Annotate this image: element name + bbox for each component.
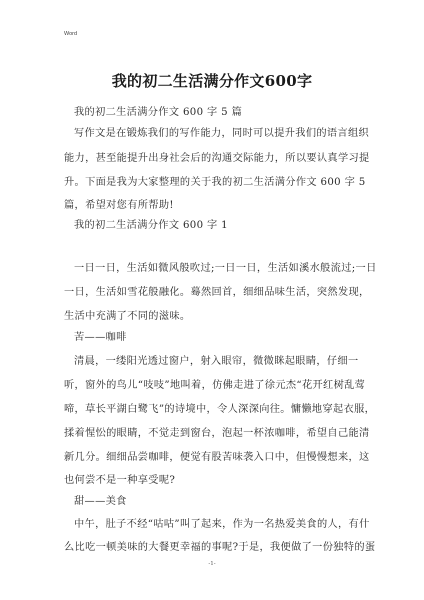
paragraph-line: 也何尝不是一种享受呢? <box>64 474 364 488</box>
paragraph-line: 一日，生活如雪花般融化。蓦然回首，细细品味生活，突然发现， <box>64 286 364 300</box>
paragraph-line: 能力，甚至能提升出身社会后的沟通交际能力，所以要认真学习提 <box>64 152 364 166</box>
section-heading: 我的初二生活满分作文 600 字 1 <box>74 219 374 233</box>
paragraph-line: 么比吃一顿美味的大餐更幸福的事呢?于是，我便做了一份独特的蛋 <box>64 541 364 555</box>
paragraph-line: 写作文是在锻炼我们的写作能力，同时可以提升我们的语言组织 <box>74 127 374 141</box>
header-app-label: Word <box>64 31 77 37</box>
document-page: Word 我的初二生活满分作文600字 我的初二生活满分作文 600 字 5 篇… <box>0 0 424 600</box>
subsection-heading: 苦——咖啡 <box>74 331 374 345</box>
paragraph-line: 一日一日，生活如微风般吹过;一日一日，生活如溪水般流过;一日 <box>74 262 374 276</box>
paragraph-line: 揉着惺忪的眼睛，不觉走到窗台，泡起一杯浓咖啡，希望自己能清 <box>64 427 364 441</box>
paragraph-line: 新几分。细细品尝咖啡，便觉有股苦味袭入口中，但慢慢想来，这 <box>64 451 364 465</box>
page-number: -1- <box>0 561 424 567</box>
paragraph-line: 啼，草长平湖白鹭飞”的诗境中，令人深深向往。慵懒地穿起衣服， <box>64 403 364 417</box>
paragraph-line: 清晨，一缕阳光透过窗户，射入眼帘，微微眯起眼睛，仔细一 <box>74 355 374 369</box>
document-title: 我的初二生活满分作文600字 <box>0 70 424 91</box>
paragraph-line: 听，窗外的鸟儿“吱吱”地叫着，仿佛走进了徐元杰“花开红树乱莺 <box>64 379 364 393</box>
paragraph-line: 生活中充满了不同的滋味。 <box>64 310 364 324</box>
paragraph-line: 升。下面是我为大家整理的关于我的初二生活满分作文 600 字 5 <box>64 176 364 190</box>
paragraph-line: 中午，肚子不经“咕咕”叫了起来，作为一名热爱美食的人，有什 <box>74 518 374 532</box>
subtitle-line: 我的初二生活满分作文 600 字 5 篇 <box>74 106 374 120</box>
subsection-heading: 甜——美食 <box>74 495 374 509</box>
paragraph-line: 篇，希望对您有所帮助! <box>64 199 364 213</box>
